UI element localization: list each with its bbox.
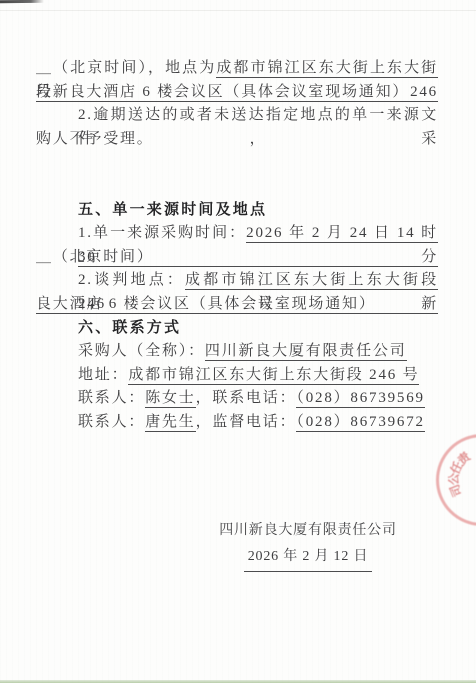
text-segment: 采购人（全称）： [78, 343, 205, 359]
text-line: 2.逾期送达的或者未送达指定地点的单一来源文件，采 [36, 104, 438, 128]
text-segment: ，监督电话： [196, 414, 297, 430]
text-segment: ＿ [36, 249, 53, 265]
text-segment: 地址： [78, 367, 128, 383]
text-line: 联系人：陈女士，联系电话：（028）86739569 [36, 387, 438, 411]
text-segment: 五、单一来源时间及地点 [78, 201, 267, 218]
text-line: 地址：成都市锦江区东大街上东大街段 246 号 [36, 364, 438, 388]
text-segment: 购人不予受理。 [36, 131, 154, 147]
section-heading: 六、联系方式 [36, 316, 438, 340]
text-line: 联系人：唐先生，监督电话：（028）86739672 [36, 411, 438, 435]
company-seal-stamp: 责任公司 [436, 434, 476, 526]
underlined-text: 成都市锦江区东大街上东大街段 246 号 [128, 367, 419, 385]
text-segment: （北京时间），地点为 [53, 60, 216, 76]
scanned-document-page: ＿（北京时间），地点为成都市锦江区东大街上东大街段 246号新良大酒店 6 楼会… [0, 0, 476, 683]
text-segment: 联系人： [78, 390, 145, 406]
text-segment: 六、联系方式 [78, 319, 181, 336]
text-segment: 1.单一来源采购时间： [78, 225, 246, 241]
text-line: 2.谈判地点：成都市锦江区东大街上东大街段 246 号新 [36, 269, 438, 293]
text-segment: 2.谈判地点： [78, 272, 185, 288]
text-segment: ，联系电话： [196, 390, 297, 406]
text-line: 采购人（全称）：四川新良大厦有限责任公司 [36, 340, 438, 364]
scan-artifact-smudge [0, 0, 44, 3]
underlined-text: （028）86739569 [296, 390, 424, 408]
scan-top-edge-line [0, 10, 476, 11]
signature-date: 2026 年 2 月 12 日 [244, 544, 373, 572]
underlined-text: 唐先生 [145, 414, 195, 432]
underlined-text: 号新良大酒店 6 楼会议区 [36, 84, 224, 102]
text-line: 1.单一来源采购时间：2026 年 2 月 24 日 14 时 30 分 [36, 222, 438, 246]
underlined-text: 四川新良大厦有限责任公司 [205, 343, 407, 361]
text-line: 号新良大酒店 6 楼会议区（具体会议室现场通知） [36, 81, 438, 105]
text-segment: （具体会议室现场通知） [224, 84, 409, 100]
underlined-text: 良大酒店 6 楼会议区 [36, 296, 191, 314]
signature-company: 四川新良大厦有限责任公司 [212, 518, 404, 544]
text-segment: 联系人： [78, 414, 145, 430]
text-segment: （北京时间） [53, 249, 154, 265]
underlined-text: （028）86739672 [296, 414, 424, 432]
text-line: ＿（北京时间），地点为成都市锦江区东大街上东大街段 246 [36, 57, 438, 81]
document-body: ＿（北京时间），地点为成都市锦江区东大街上东大街段 246号新良大酒店 6 楼会… [36, 57, 438, 434]
text-segment: （具体会议室现场通知） [191, 296, 376, 312]
section-heading: 五、单一来源时间及地点 [36, 198, 438, 222]
underlined-text: 陈女士 [145, 390, 195, 408]
text-segment: ＿ [36, 60, 53, 76]
signature-block: 四川新良大厦有限责任公司 2026 年 2 月 12 日 [212, 518, 404, 572]
